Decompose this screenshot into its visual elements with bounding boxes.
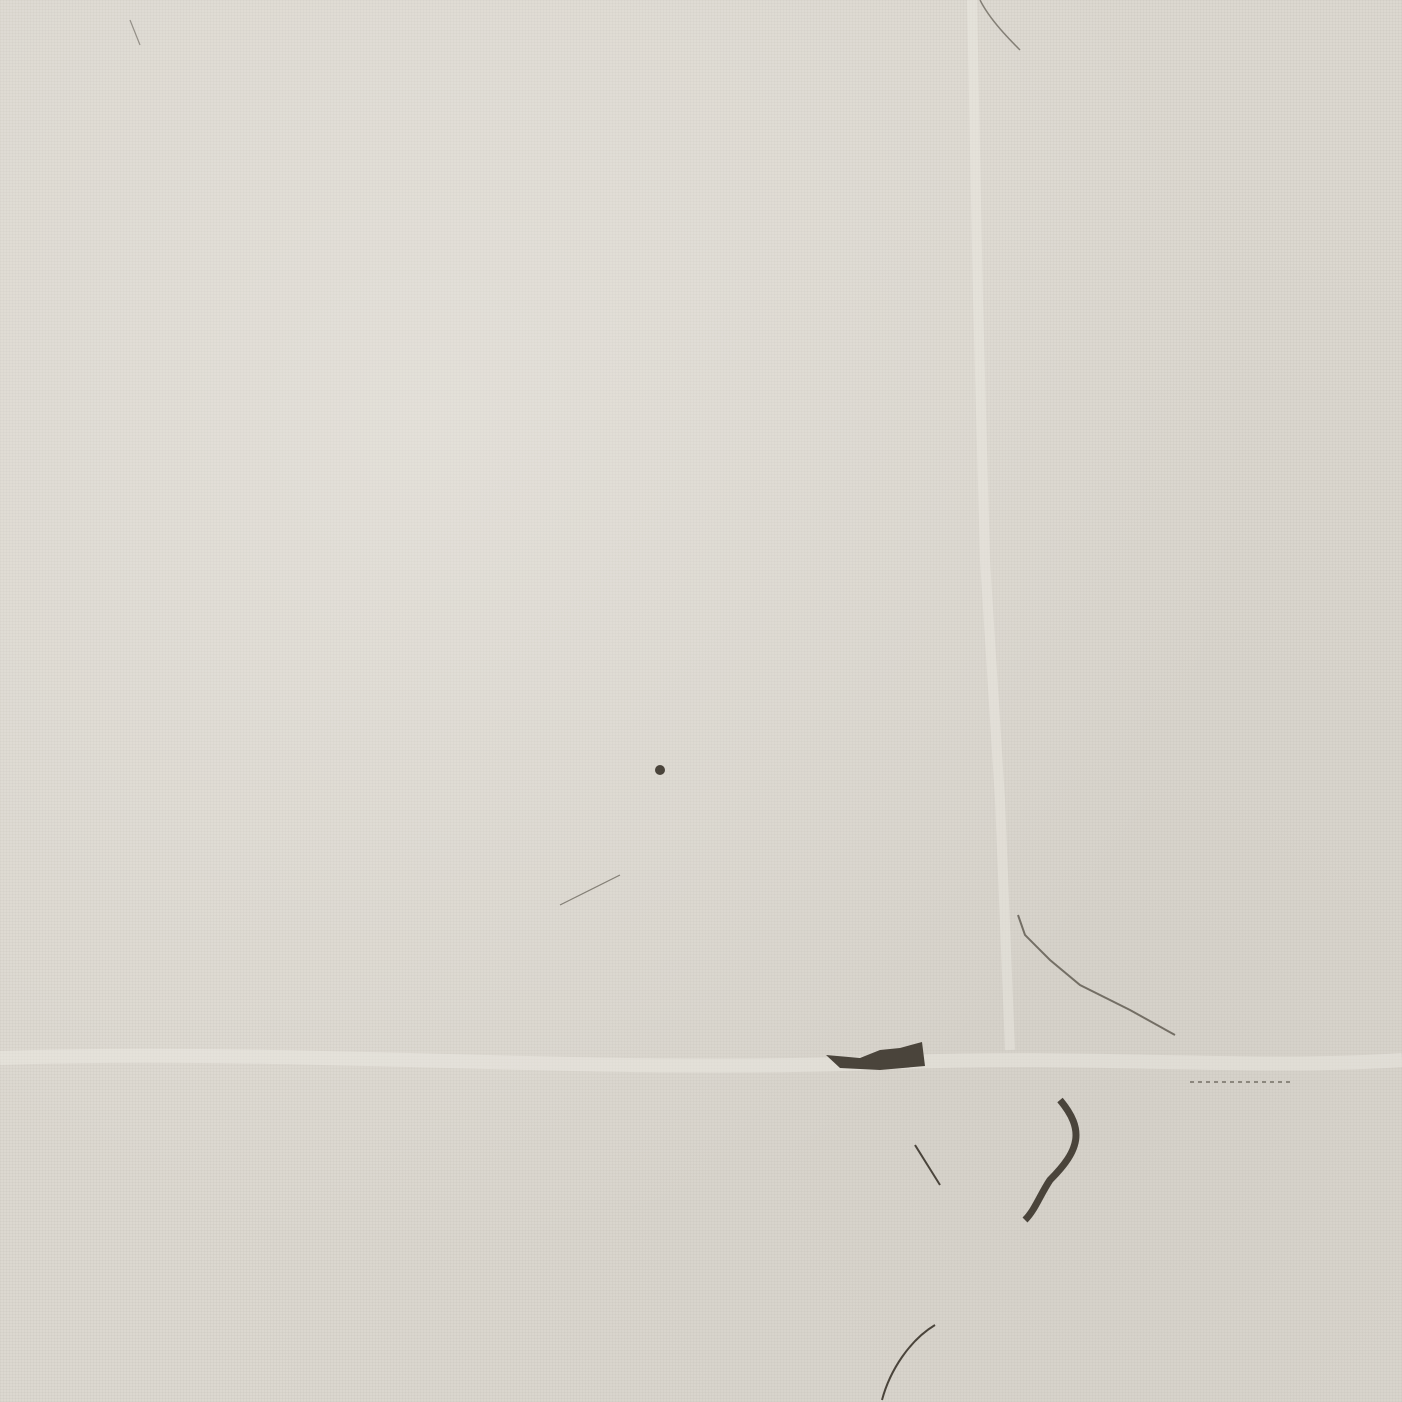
paper-marks	[0, 0, 1402, 1402]
fold-creases	[0, 0, 1402, 1066]
dark-specks	[130, 0, 1290, 1400]
